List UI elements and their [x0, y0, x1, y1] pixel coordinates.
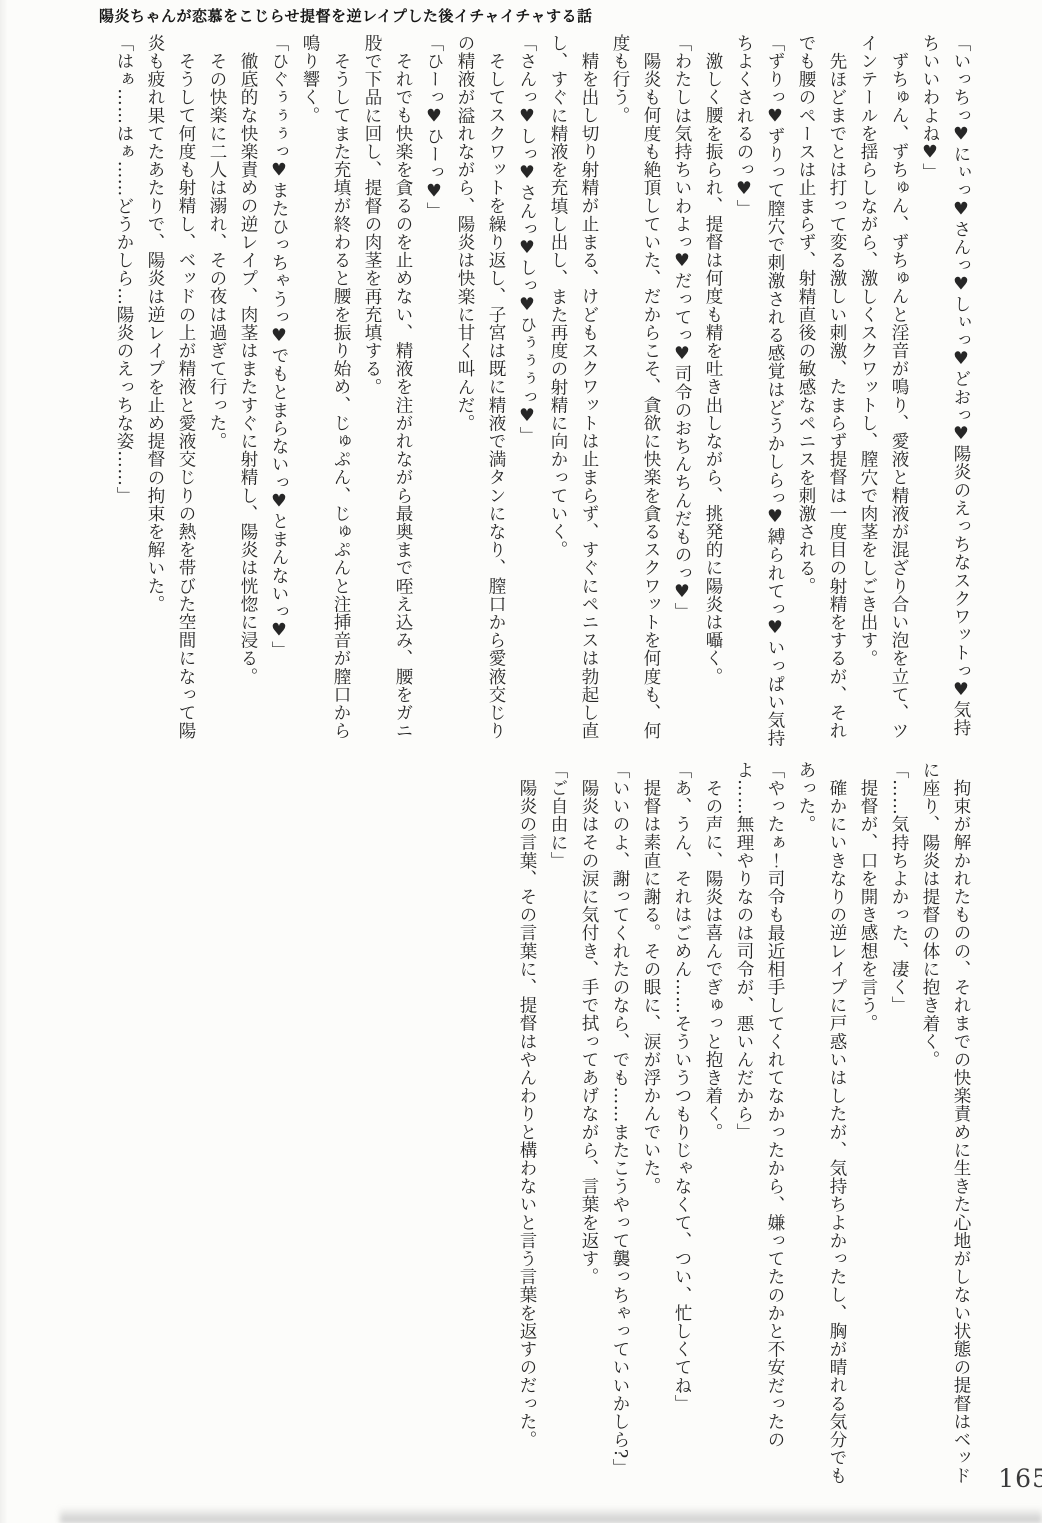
narration-line: 激しく腰を振られ、提督は何度も精を吐き出しながら、挑発的に陽炎は囁く。	[697, 34, 728, 752]
dialogue-line: 「……気持ちよかった、凄く」	[883, 761, 914, 1487]
dialogue-line: 「ひーっ♥ひーっ♥」	[418, 34, 449, 752]
dialogue-line: 「やったぁ！司令も最近相手してくれてなかったから、嫌ってたのかと不安だったのよ……	[728, 761, 790, 1487]
story-text-top-block: 「いっちっ♥にぃっ♥さんっ♥しぃっ♥どおっ♥陽炎のえっちなスクワットっ♥気持ちい…	[108, 34, 976, 752]
narration-line: 提督が、口を開き感想を言う。	[852, 761, 883, 1487]
narration-line: そうして何度も射精し、ベッドの上が精液と愛液交じりの熱を帯びた空間になって陽炎も…	[139, 34, 201, 752]
narration-line: 精を出し切り射精が止まる、けどもスクワットは止まらず、すぐにペニスは勃起し直し、…	[542, 34, 604, 752]
dialogue-line: 「ずりっ♥ずりって膣穴で刺激される感覚はどうかしらっ♥縛られてっ♥いっぱい気持ち…	[728, 34, 790, 752]
narration-line: そしてスクワットを繰り返し、子宮は既に精液で満タンになり、膣口から愛液交じりの精…	[449, 34, 511, 752]
page-number: 165	[998, 1464, 1042, 1493]
narration-line: 陽炎も何度も絶頂していた、だからこそ、貪欲に快楽を貪るスクワットを何度も、何度も…	[604, 34, 666, 752]
narration-line: 拘束が解かれたものの、それまでの快楽責めに生きた心地がしない状態の提督はベッドに…	[914, 761, 976, 1487]
narration-line: 徹底的な快楽責めの逆レイプ、肉茎はまたすぐに射精し、陽炎は恍惚に浸る。	[232, 34, 263, 752]
dialogue-line: 「ご自由に」	[542, 761, 573, 1487]
novel-scan-page: 陽炎ちゃんが恋慕をこじらせ提督を逆レイプした後イチャイチャする話 「いっちっ♥に…	[0, 0, 1042, 1523]
dialogue-line: 「いっちっ♥にぃっ♥さんっ♥しぃっ♥どおっ♥陽炎のえっちなスクワットっ♥気持ちい…	[914, 34, 976, 752]
page-title: 陽炎ちゃんが恋慕をこじらせ提督を逆レイプした後イチャイチャする話	[99, 5, 592, 26]
narration-line: そうしてまた充填が終わると腰を振り始め、じゅぷん、じゅぷんと注挿音が膣口から鳴り…	[294, 34, 356, 752]
scan-shadow-artifact	[60, 1507, 1042, 1523]
narration-line: その声に、陽炎は喜んでぎゅっと抱き着く。	[697, 761, 728, 1487]
dialogue-line: 「さんっ♥しっ♥さんっ♥しっ♥ひぅぅぅっ♥」	[511, 34, 542, 752]
dialogue-line: 「わたしは気持ちいわよっ♥だってっ♥司令のおちんちんだものっ♥」	[666, 34, 697, 752]
narration-line: 陽炎はその涙に気付き、手で拭ってあげながら、言葉を返す。	[573, 761, 604, 1487]
narration-line: 確かにいきなりの逆レイプに戸惑いはしたが、気持ちよかったし、胸が晴れる気分でもあ…	[790, 761, 852, 1487]
narration-line: それでも快楽を貪るのを止めない、精液を注がれながら最奥まで咥え込み、腰をガニ股で…	[356, 34, 418, 752]
narration-line: その快楽に二人は溺れ、その夜は過ぎて行った。	[201, 34, 232, 752]
dialogue-line: 「あ、うん、それはごめん……そういうつもりじゃなくて、つい、忙しくてね」	[666, 761, 697, 1487]
narration-line: ずちゅん、ずちゅん、ずちゅんと淫音が鳴り、愛液と精液が混ざり合い泡を立て、ツイン…	[852, 34, 914, 752]
narration-line: 提督は素直に謝る。その眼に、涙が浮かんでいた。	[635, 761, 666, 1487]
dialogue-line: 「はぁ……はぁ……どうかしら…陽炎のえっちな姿……」	[108, 34, 139, 752]
dialogue-line: 「ひぐぅぅぅっ♥またひっちゃうっ♥でもとまらないっ♥とまんないっ♥」	[263, 34, 294, 752]
story-text-bottom-block: 拘束が解かれたものの、それまでの快楽責めに生きた心地がしない状態の提督はベッドに…	[511, 761, 976, 1487]
narration-line: 陽炎の言葉、その言葉に、提督はやんわりと構わないと言う言葉を返すのだった。	[511, 761, 542, 1487]
dialogue-line: 「いいのよ、謝ってくれたのなら、でも……またこうやって襲っちゃっていいかしら?」	[604, 761, 635, 1487]
narration-line: 先ほどまでとは打って変る激しい刺激、たまらず提督は一度目の射精をするが、それでも…	[790, 34, 852, 752]
scan-edge-artifact	[0, 0, 8, 1523]
